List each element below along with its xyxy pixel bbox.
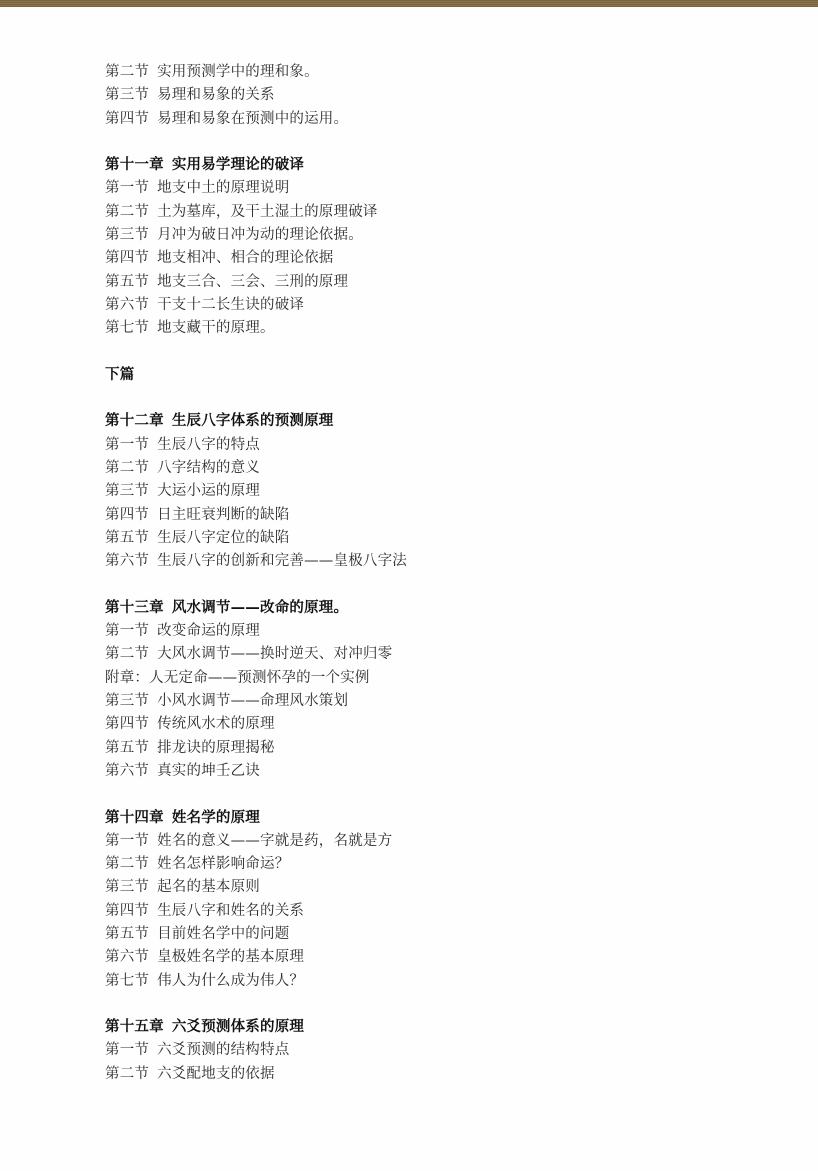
toc-section-item[interactable]: 第三节起名的基本原则 [105, 876, 785, 899]
toc-section-item[interactable]: 第六节生辰八字的创新和完善——皇极八字法 [105, 550, 785, 573]
toc-appendix-item[interactable]: 附章：人无定命——预测怀孕的一个实例 [105, 667, 785, 690]
toc-section-item[interactable]: 第二节实用预测学中的理和象。 [105, 61, 785, 84]
toc-section-item[interactable]: 第五节排龙诀的原理揭秘 [105, 737, 785, 760]
toc-chapter-15: 第十五章六爻预测体系的原理 第一节六爻预测的结构特点 第二节六爻配地支的依据 [105, 1016, 785, 1086]
toc-continued-sections: 第二节实用预测学中的理和象。 第三节易理和易象的关系 第四节易理和易象在预测中的… [105, 61, 785, 131]
toc-section-item[interactable]: 第四节传统风水术的原理 [105, 713, 785, 736]
toc-section-item[interactable]: 第六节皇极姓名学的基本原理 [105, 946, 785, 969]
toc-section-item[interactable]: 第五节地支三合、三会、三刑的原理 [105, 271, 785, 294]
spacer [105, 131, 785, 154]
toc-section-item[interactable]: 第三节大运小运的原理 [105, 480, 785, 503]
toc-section-item[interactable]: 第三节易理和易象的关系 [105, 84, 785, 107]
toc-section-item[interactable]: 第二节八字结构的意义 [105, 457, 785, 480]
chapter-heading[interactable]: 第十四章姓名学的原理 [105, 807, 785, 830]
chapter-heading[interactable]: 第十三章风水调节——改命的原理。 [105, 597, 785, 620]
toc-section-item[interactable]: 第一节地支中土的原理说明 [105, 177, 785, 200]
table-of-contents: 第二节实用预测学中的理和象。 第三节易理和易象的关系 第四节易理和易象在预测中的… [105, 61, 785, 1086]
toc-section-item[interactable]: 第三节月冲为破日冲为动的理论依据。 [105, 224, 785, 247]
top-decorative-bar [0, 0, 818, 7]
toc-section-item[interactable]: 第四节生辰八字和姓名的关系 [105, 900, 785, 923]
toc-section-item[interactable]: 第四节易理和易象在预测中的运用。 [105, 108, 785, 131]
toc-section-item[interactable]: 第五节生辰八字定位的缺陷 [105, 527, 785, 550]
spacer [105, 574, 785, 597]
toc-section-item[interactable]: 第二节土为墓库，及干土湿土的原理破译 [105, 201, 785, 224]
spacer [105, 387, 785, 410]
toc-section-item[interactable]: 第一节六爻预测的结构特点 [105, 1039, 785, 1062]
toc-section-item[interactable]: 第三节小风水调节——命理风水策划 [105, 690, 785, 713]
toc-section-item[interactable]: 第七节伟人为什么成为伟人？ [105, 970, 785, 993]
toc-section-item[interactable]: 第二节大风水调节——换时逆天、对冲归零 [105, 643, 785, 666]
toc-section-item[interactable]: 第四节地支相冲、相合的理论依据 [105, 247, 785, 270]
toc-chapter-11: 第十一章实用易学理论的破译 第一节地支中土的原理说明 第二节土为墓库，及干土湿土… [105, 154, 785, 340]
toc-section-item[interactable]: 第一节姓名的意义——字就是药，名就是方 [105, 830, 785, 853]
toc-chapter-14: 第十四章姓名学的原理 第一节姓名的意义——字就是药，名就是方 第二节姓名怎样影响… [105, 807, 785, 993]
toc-section-item[interactable]: 第六节真实的坤壬乙诀 [105, 760, 785, 783]
part-heading[interactable]: 下篇 [105, 364, 785, 387]
toc-section-item[interactable]: 第七节地支藏干的原理。 [105, 317, 785, 340]
toc-section-item[interactable]: 第一节生辰八字的特点 [105, 434, 785, 457]
chapter-heading[interactable]: 第十二章生辰八字体系的预测原理 [105, 410, 785, 433]
toc-section-item[interactable]: 第五节目前姓名学中的问题 [105, 923, 785, 946]
spacer [105, 341, 785, 364]
spacer [105, 993, 785, 1016]
toc-section-item[interactable]: 第四节日主旺衰判断的缺陷 [105, 504, 785, 527]
toc-section-item[interactable]: 第一节改变命运的原理 [105, 620, 785, 643]
toc-section-item[interactable]: 第二节六爻配地支的依据 [105, 1063, 785, 1086]
toc-section-item[interactable]: 第二节姓名怎样影响命运？ [105, 853, 785, 876]
toc-section-item[interactable]: 第六节干支十二长生诀的破译 [105, 294, 785, 317]
toc-chapter-12: 第十二章生辰八字体系的预测原理 第一节生辰八字的特点 第二节八字结构的意义 第三… [105, 410, 785, 573]
spacer [105, 783, 785, 806]
toc-chapter-13: 第十三章风水调节——改命的原理。 第一节改变命运的原理 第二节大风水调节——换时… [105, 597, 785, 783]
chapter-heading[interactable]: 第十一章实用易学理论的破译 [105, 154, 785, 177]
chapter-heading[interactable]: 第十五章六爻预测体系的原理 [105, 1016, 785, 1039]
